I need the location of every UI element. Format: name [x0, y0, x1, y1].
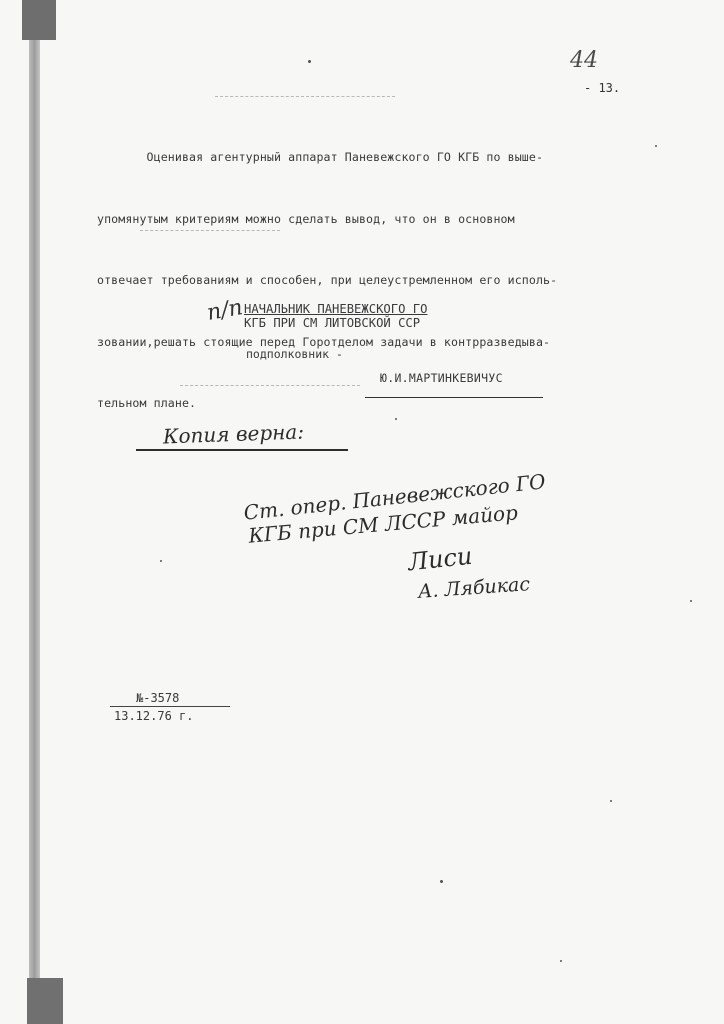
- registration-date: 13.12.76 г.: [114, 709, 193, 723]
- body-line: зовании,решать стоящие перед Горотделом …: [97, 332, 637, 353]
- registration-number: №-3578: [136, 691, 179, 705]
- certifying-officer-signature: Лиси: [407, 542, 474, 577]
- speck: [308, 60, 311, 63]
- speck: [395, 418, 397, 420]
- body-line: упомянутым критериям можно сделать вывод…: [97, 209, 637, 230]
- divider-top: [215, 96, 395, 97]
- dashed-line-signatory: [180, 385, 360, 386]
- body-paragraph: Оценивая агентурный аппарат Паневежского…: [97, 106, 637, 455]
- document-page: 44 - 13. Оценивая агентурный аппарат Пан…: [0, 0, 724, 1024]
- copy-certified-handwritten: Копия верна:: [163, 420, 305, 449]
- page-number: - 13.: [584, 81, 620, 95]
- binding-block-bottom: [27, 978, 63, 1024]
- body-line: Оценивая агентурный аппарат Паневежского…: [97, 147, 637, 168]
- speck: [655, 145, 657, 147]
- signatory-rank: подполковник -: [246, 347, 343, 361]
- signature-title: НАЧАЛЬНИК ПАНЕВЕЖСКОГО ГО КГБ ПРИ СМ ЛИТ…: [244, 302, 427, 330]
- signatory-underline: [365, 397, 543, 398]
- speck: [560, 960, 562, 962]
- copy-certified-underline: [136, 449, 348, 451]
- signatory-name: Ю.И.МАРТИНКЕВИЧУС: [380, 371, 503, 385]
- binding-strip: [29, 0, 40, 1024]
- divider-after-body: [140, 230, 280, 231]
- handwritten-folio-number: 44: [570, 48, 598, 73]
- body-line: отвечает требованиям и способен, при цел…: [97, 270, 637, 291]
- registration-underline: [110, 706, 230, 707]
- signature-title-line2: КГБ ПРИ СМ ЛИТОВСКОЙ ССР: [244, 316, 427, 330]
- speck: [690, 600, 692, 602]
- speck: [440, 880, 443, 883]
- signature-title-line1: НАЧАЛЬНИК ПАНЕВЕЖСКОГО ГО: [244, 302, 427, 316]
- speck: [160, 560, 162, 562]
- speck: [610, 800, 612, 802]
- certifying-officer-name: А. Лябикас: [417, 573, 530, 603]
- binding-block-top: [22, 0, 56, 40]
